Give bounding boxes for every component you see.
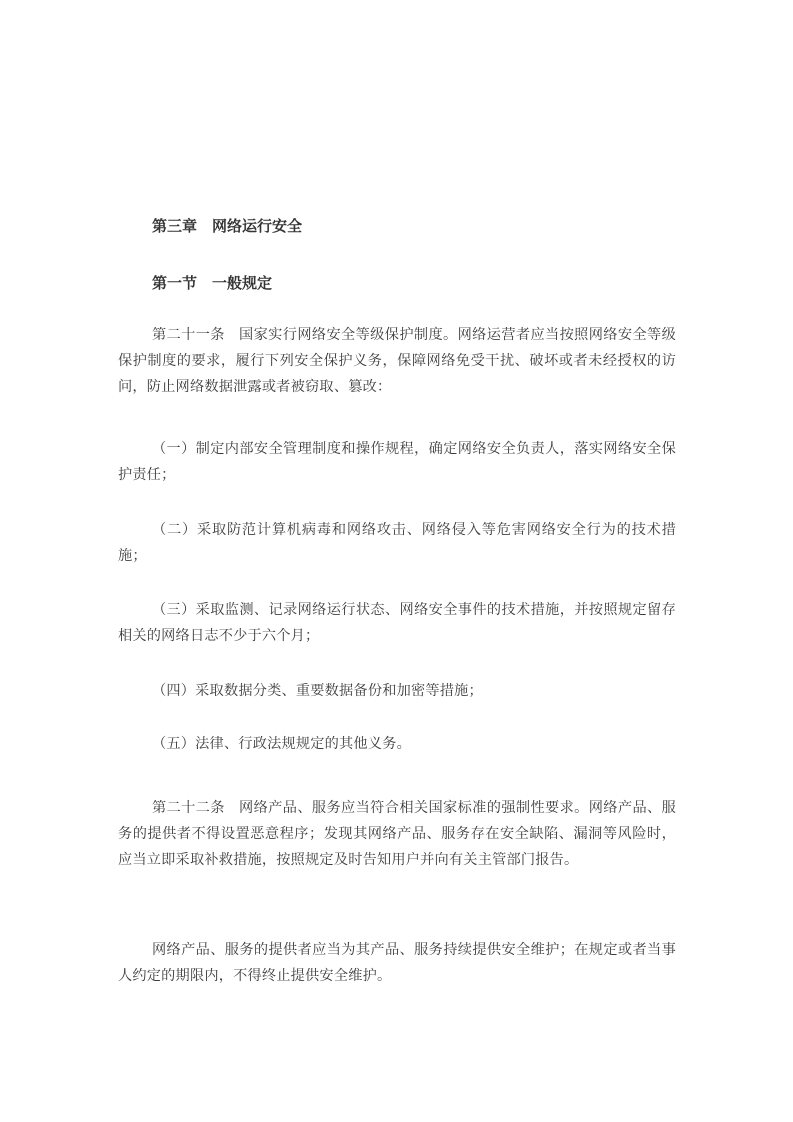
closing-paragraph: 网络产品、服务的提供者应当为其产品、服务持续提供安全维护；在规定或者当事人约定的… [118,937,676,989]
article-22: 第二十二条网络产品、服务应当符合相关国家标准的强制性要求。网络产品、服务的提供者… [118,795,676,873]
list-item: （二）采取防范计算机病毒和网络攻击、网络侵入等危害网络安全行为的技术措施； [118,517,676,569]
list-item: （一）制定内部安全管理制度和操作规程，确定网络安全负责人，落实网络安全保护责任； [118,436,676,488]
article-21: 第二十一条国家实行网络安全等级保护制度。网络运营者应当按照网络安全等级保护制度的… [118,322,676,400]
chapter-heading: 第三章 网络运行安全 [152,215,302,236]
article-label: 第二十二条 [152,800,225,816]
list-item: （四）采取数据分类、重要数据备份和加密等措施； [118,678,676,704]
section-heading: 第一节 一般规定 [152,272,272,293]
article-label: 第二十一条 [152,327,225,343]
list-item: （五）法律、行政法规规定的其他义务。 [118,731,676,757]
list-item: （三）采取监测、记录网络运行状态、网络安全事件的技术措施，并按照规定留存相关的网… [118,597,676,649]
